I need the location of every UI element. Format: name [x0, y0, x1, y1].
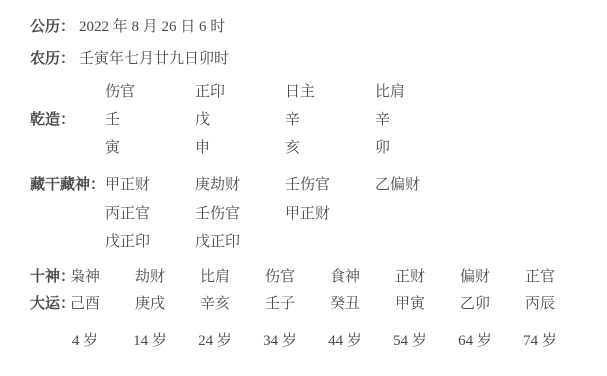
- start-age-item: 74 岁: [507, 333, 573, 349]
- start-age-item: 34 岁: [247, 333, 313, 349]
- ten-god-item: 劫财: [117, 269, 183, 285]
- hidden-stem-item: 丙正官: [105, 206, 150, 222]
- hidden-stem-item: 甲正财: [105, 177, 150, 193]
- heavenly-stem: 辛: [375, 112, 390, 128]
- luck-pillar-item: 己酉: [52, 296, 118, 312]
- start-age-item: 14 岁: [117, 333, 183, 349]
- hidden-stem-item: 戊正印: [105, 234, 150, 250]
- hidden-stem-item: 戊正印: [195, 234, 240, 250]
- pillar-god-header: 日主: [285, 84, 315, 100]
- hidden-stem-item: 壬伤官: [285, 177, 330, 193]
- ten-god-item: 食神: [312, 269, 378, 285]
- lunar-date-value: 壬寅年七月廿九日卯时: [79, 51, 229, 67]
- luck-pillar-item: 乙卯: [442, 296, 508, 312]
- chart-type-label: 乾造：: [30, 112, 75, 128]
- ten-god-item: 正财: [377, 269, 443, 285]
- heavenly-stem: 戊: [195, 112, 210, 128]
- start-age-item: 54 岁: [377, 333, 443, 349]
- hidden-stem-item: 甲正财: [285, 206, 330, 222]
- heavenly-stem: 辛: [285, 112, 300, 128]
- hidden-stems-label: 藏干藏神：: [30, 177, 105, 193]
- luck-pillar-item: 丙辰: [507, 296, 573, 312]
- luck-pillar-item: 壬子: [247, 296, 313, 312]
- hidden-stem-item: 乙偏财: [375, 177, 420, 193]
- start-age-item: 24 岁: [182, 333, 248, 349]
- ten-god-item: 枭神: [52, 269, 118, 285]
- pillar-god-header: 比肩: [375, 84, 405, 100]
- pillar-god-header: 正印: [195, 84, 225, 100]
- ten-god-item: 比肩: [182, 269, 248, 285]
- start-age-item: 64 岁: [442, 333, 508, 349]
- luck-pillar-item: 癸丑: [312, 296, 378, 312]
- ten-god-item: 伤官: [247, 269, 313, 285]
- lunar-date-label: 农历：: [30, 51, 75, 67]
- luck-pillar-item: 庚戌: [117, 296, 183, 312]
- ten-god-item: 偏财: [442, 269, 508, 285]
- ten-god-item: 正官: [507, 269, 573, 285]
- hidden-stem-item: 庚劫财: [195, 177, 240, 193]
- earthly-branch: 亥: [285, 140, 300, 156]
- start-age-item: 44 岁: [312, 333, 378, 349]
- earthly-branch: 卯: [375, 140, 390, 156]
- pillar-god-header: 伤官: [105, 84, 135, 100]
- solar-date-value: 2022 年 8 月 26 日 6 时: [79, 19, 225, 35]
- start-age-item: 4 岁: [52, 333, 118, 349]
- bazi-chart: 公历： 2022 年 8 月 26 日 6 时 农历： 壬寅年七月廿九日卯时 伤…: [0, 0, 607, 376]
- luck-pillar-item: 辛亥: [182, 296, 248, 312]
- hidden-stem-item: 壬伤官: [195, 206, 240, 222]
- earthly-branch: 寅: [105, 140, 120, 156]
- luck-pillar-item: 甲寅: [377, 296, 443, 312]
- solar-date-label: 公历：: [30, 19, 75, 35]
- earthly-branch: 申: [195, 140, 210, 156]
- heavenly-stem: 壬: [105, 112, 120, 128]
